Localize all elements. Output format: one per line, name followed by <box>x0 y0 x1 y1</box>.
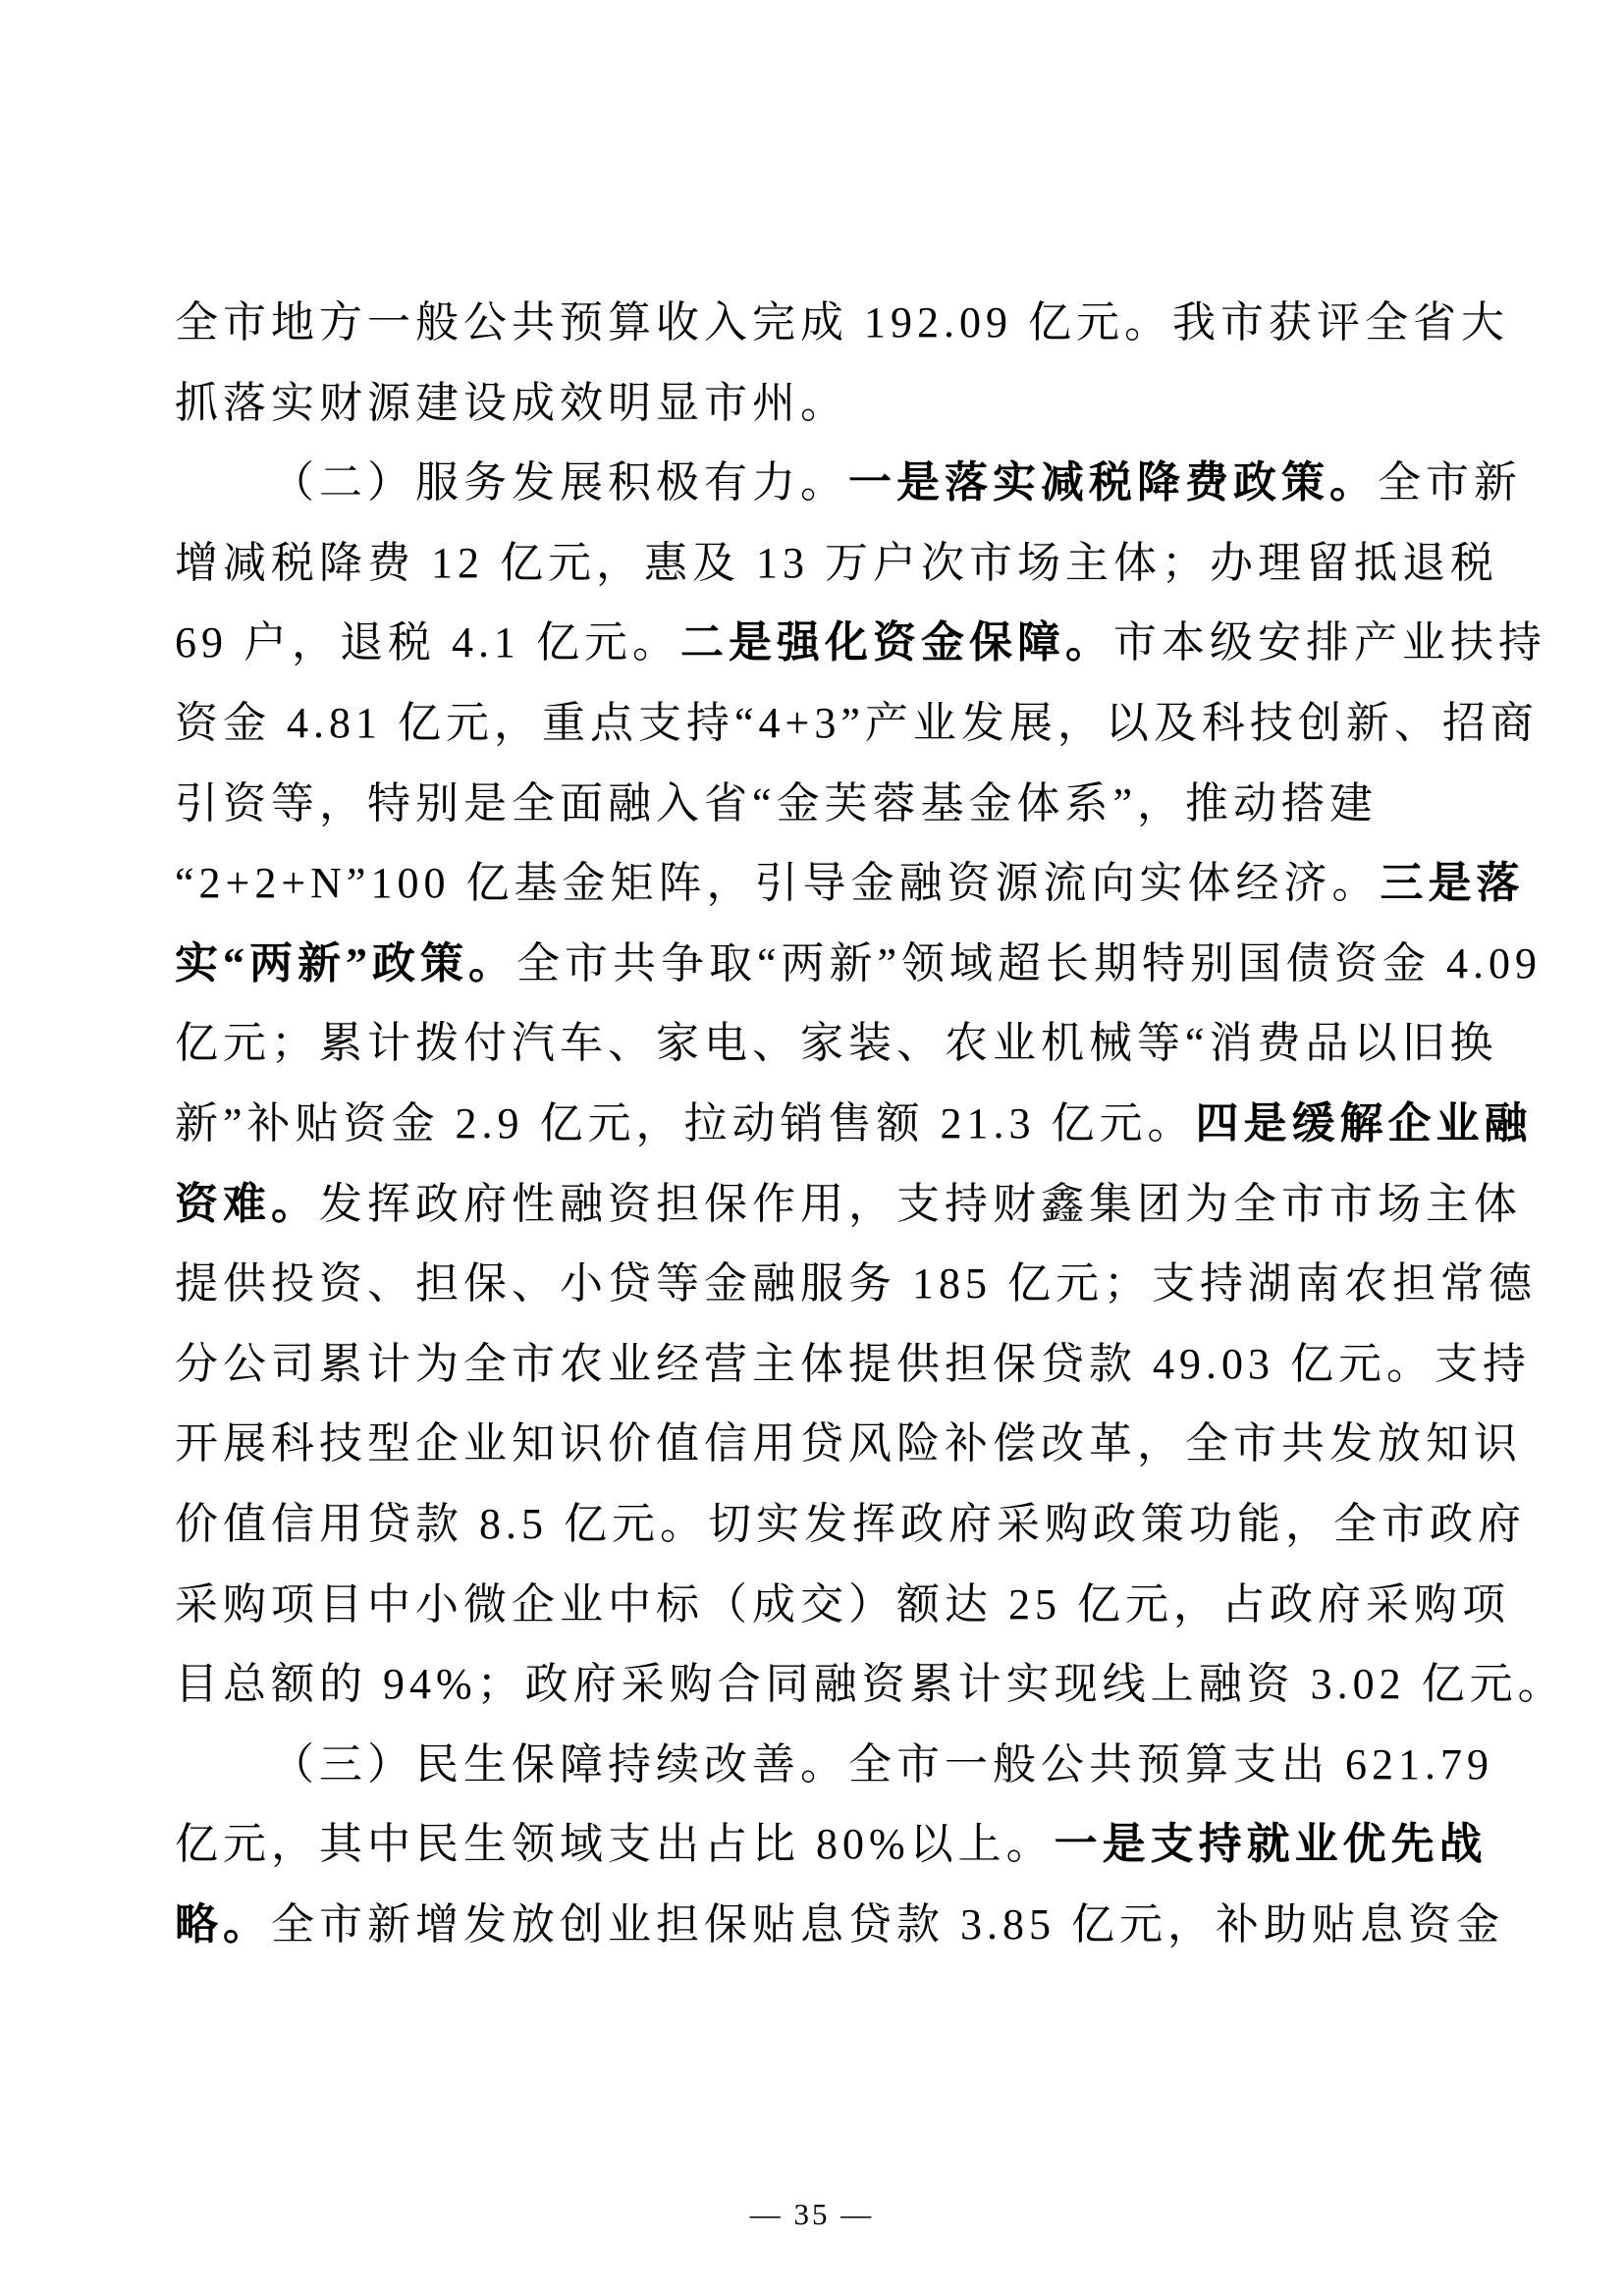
text-line: 资金 4.81 亿元，重点支持“4+3”产业发展，以及科技创新、招商 <box>175 683 1481 764</box>
text-line: 新”补贴资金 2.9 亿元，拉动销售额 21.3 亿元。四是缓解企业融 <box>175 1084 1481 1164</box>
text-line: 采购项目中小微企业中标（成交）额达 25 亿元，占政府采购项 <box>175 1565 1481 1645</box>
text-segment-bold: 略。 <box>175 1900 271 1949</box>
text-segment-normal: 增减税降费 12 亿元，惠及 13 万户次市场主体；办理留抵退税 <box>175 539 1498 587</box>
text-segment-kai: （三）民生保障持续改善。 <box>271 1740 848 1789</box>
text-line: 增减税降费 12 亿元，惠及 13 万户次市场主体；办理留抵退税 <box>175 523 1481 604</box>
document-page: 全市地方一般公共预算收入完成 192.09 亿元。我市获评全省大抓落实财源建设成… <box>0 0 1624 2296</box>
text-line: 分公司累计为全市农业经营主体提供担保贷款 49.03 亿元。支持 <box>175 1324 1481 1405</box>
text-segment-bold: 三是落 <box>1380 859 1524 907</box>
text-segment-normal: 亿元；累计拨付汽车、家电、家装、农业机械等“消费品以旧换 <box>175 1019 1498 1067</box>
text-segment-normal: 资金 4.81 亿元，重点支持“4+3”产业发展，以及科技创新、招商 <box>175 699 1539 747</box>
text-line: “2+2+N”100 亿基金矩阵，引导金融资源流向实体经济。三是落 <box>175 843 1481 924</box>
text-segment-normal: “2+2+N”100 亿基金矩阵，引导金融资源流向实体经济。 <box>175 859 1380 907</box>
text-line: 69 户，退税 4.1 亿元。二是强化资金保障。市本级安排产业扶持 <box>175 603 1481 683</box>
text-segment-normal: 目总额的 94%；政府采购合同融资累计实现线上融资 3.02 亿元。 <box>175 1660 1566 1708</box>
text-segment-normal: 市本级安排产业扶持 <box>1113 618 1546 667</box>
text-line: 略。全市新增发放创业担保贴息贷款 3.85 亿元，补助贴息资金 <box>175 1885 1481 1965</box>
text-line: 资难。发挥政府性融资担保作用，支持财鑫集团为全市市场主体 <box>175 1164 1481 1245</box>
text-segment-normal: 分公司累计为全市农业经营主体提供担保贷款 49.03 亿元。支持 <box>175 1340 1531 1388</box>
text-line: 提供投资、担保、小贷等金融服务 185 亿元；支持湖南农担常德 <box>175 1244 1481 1324</box>
text-line: 亿元；累计拨付汽车、家电、家装、农业机械等“消费品以旧换 <box>175 1003 1481 1084</box>
text-segment-normal: 亿元，其中民生领域支出占比 80%以上。 <box>175 1820 1055 1868</box>
text-segment-bold: 资难。 <box>175 1180 319 1228</box>
text-segment-bold: 一是支持就业优先战 <box>1055 1820 1488 1868</box>
text-segment-bold: 一是落实减税降费政策。 <box>848 458 1378 507</box>
text-segment-normal: 新”补贴资金 2.9 亿元，拉动销售额 21.3 亿元。 <box>175 1099 1196 1148</box>
text-segment-normal: 发挥政府性融资担保作用，支持财鑫集团为全市市场主体 <box>319 1180 1522 1228</box>
document-body: 全市地方一般公共预算收入完成 192.09 亿元。我市获评全省大抓落实财源建设成… <box>175 283 1481 1964</box>
text-line: 价值信用贷款 8.5 亿元。切实发挥政府采购政策功能，全市政府 <box>175 1484 1481 1565</box>
text-segment-normal: 抓落实财源建设成效明显市州。 <box>175 379 848 427</box>
text-line: 开展科技型企业知识价值信用贷风险补偿改革，全市共发放知识 <box>175 1404 1481 1484</box>
text-line: 抓落实财源建设成效明显市州。 <box>175 363 1481 444</box>
text-line: （三）民生保障持续改善。全市一般公共预算支出 621.79 <box>175 1725 1481 1805</box>
text-line: 亿元，其中民生领域支出占比 80%以上。一是支持就业优先战 <box>175 1804 1481 1885</box>
text-segment-bold: 四是缓解企业融 <box>1196 1099 1533 1148</box>
text-line: （二）服务发展积极有力。一是落实减税降费政策。全市新 <box>175 443 1481 523</box>
text-segment-kai: （二）服务发展积极有力。 <box>271 458 848 507</box>
text-line: 引资等，特别是全面融入省“金芙蓉基金体系”，推动搭建 <box>175 764 1481 844</box>
text-segment-normal: 价值信用贷款 8.5 亿元。切实发挥政府采购政策功能，全市政府 <box>175 1500 1526 1548</box>
page-number: — 35 — <box>0 2197 1624 2232</box>
text-line: 全市地方一般公共预算收入完成 192.09 亿元。我市获评全省大 <box>175 283 1481 363</box>
text-segment-normal: 开展科技型企业知识价值信用贷风险补偿改革，全市共发放知识 <box>175 1419 1522 1468</box>
text-line: 目总额的 94%；政府采购合同融资累计实现线上融资 3.02 亿元。 <box>175 1644 1481 1725</box>
text-segment-normal: 全市新增发放创业担保贴息贷款 3.85 亿元，补助贴息资金 <box>271 1900 1504 1949</box>
text-segment-normal: 69 户，退税 4.1 亿元。 <box>175 618 680 667</box>
text-segment-normal: 引资等，特别是全面融入省“金芙蓉基金体系”，推动搭建 <box>175 779 1378 828</box>
text-segment-normal: 采购项目中小微企业中标（成交）额达 25 亿元，占政府采购项 <box>175 1580 1510 1629</box>
text-line: 实“两新”政策。全市共争取“两新”领域超长期特别国债资金 4.09 <box>175 924 1481 1004</box>
text-segment-normal: 全市一般公共预算支出 621.79 <box>848 1740 1493 1789</box>
text-segment-bold: 二是强化资金保障。 <box>680 618 1113 667</box>
text-segment-bold: 实“两新”政策。 <box>175 939 516 988</box>
text-segment-normal: 全市新 <box>1378 458 1522 507</box>
text-segment-normal: 全市地方一般公共预算收入完成 192.09 亿元。我市获评全省大 <box>175 298 1509 347</box>
text-segment-normal: 全市共争取“两新”领域超长期特别国债资金 4.09 <box>516 939 1542 988</box>
text-segment-normal: 提供投资、担保、小贷等金融服务 185 亿元；支持湖南农担常德 <box>175 1259 1537 1308</box>
